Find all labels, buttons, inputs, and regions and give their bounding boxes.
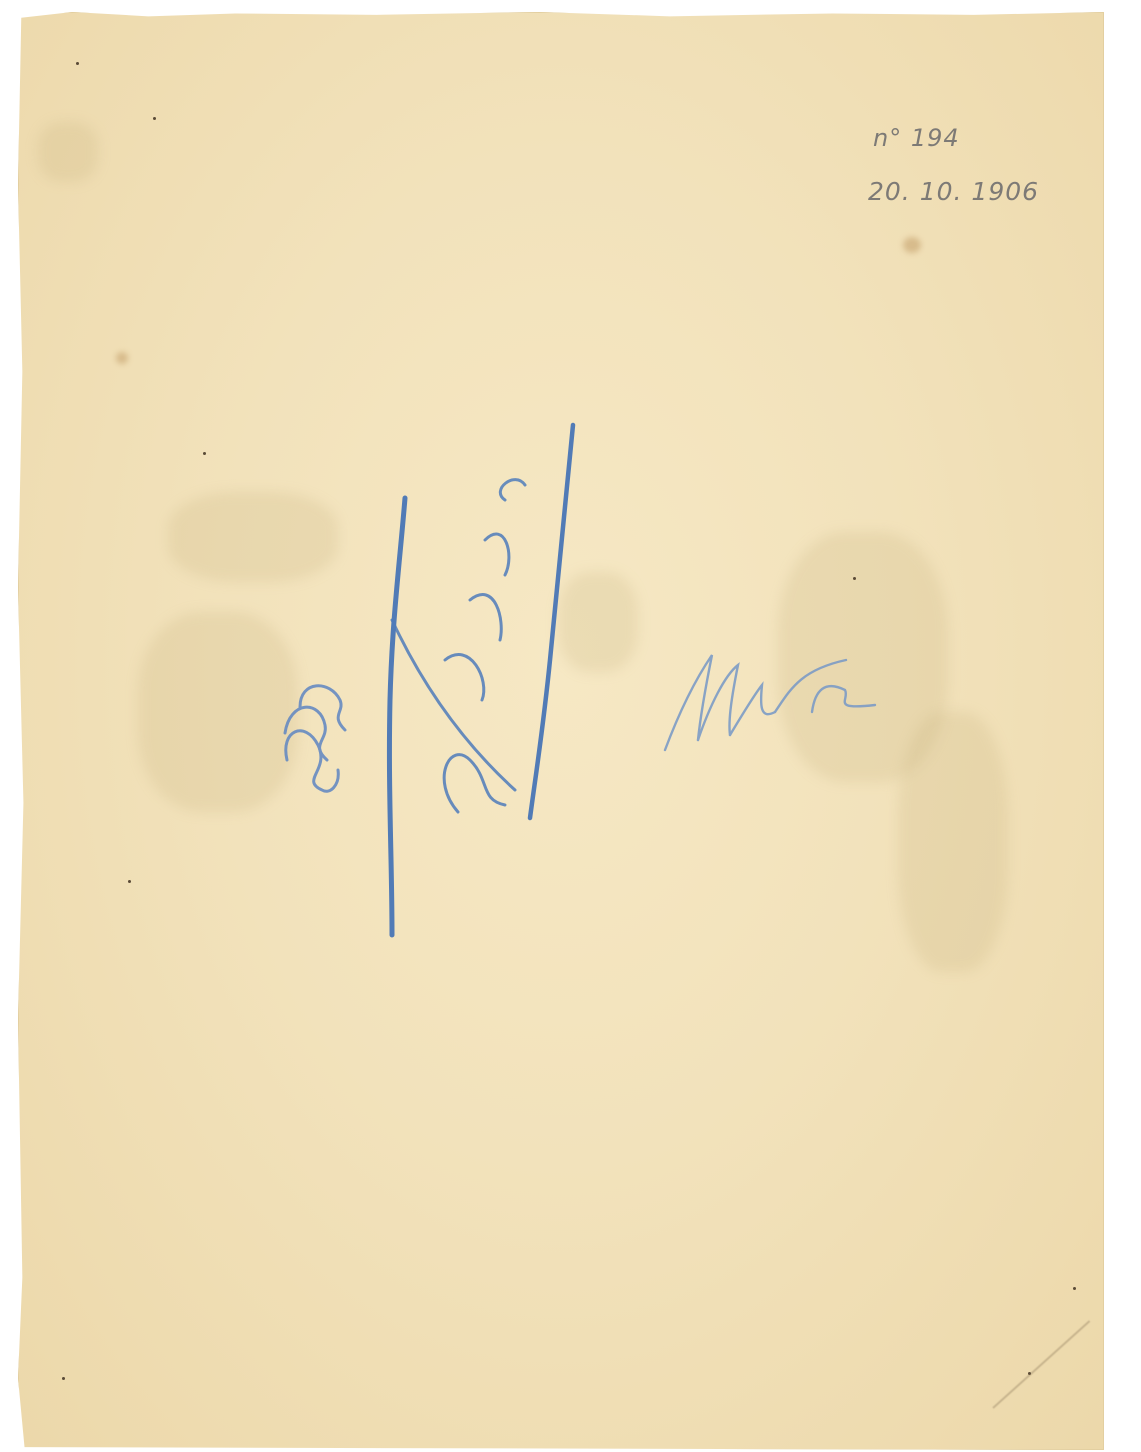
signature-mulue: [665, 655, 875, 750]
handwriting-layer: [0, 0, 1141, 1452]
signature-name-scrawl: [392, 480, 525, 812]
signature-long-stroke-right: [530, 425, 573, 818]
signature-initials-3b: [285, 686, 345, 792]
signature-long-stroke-left: [389, 498, 405, 935]
